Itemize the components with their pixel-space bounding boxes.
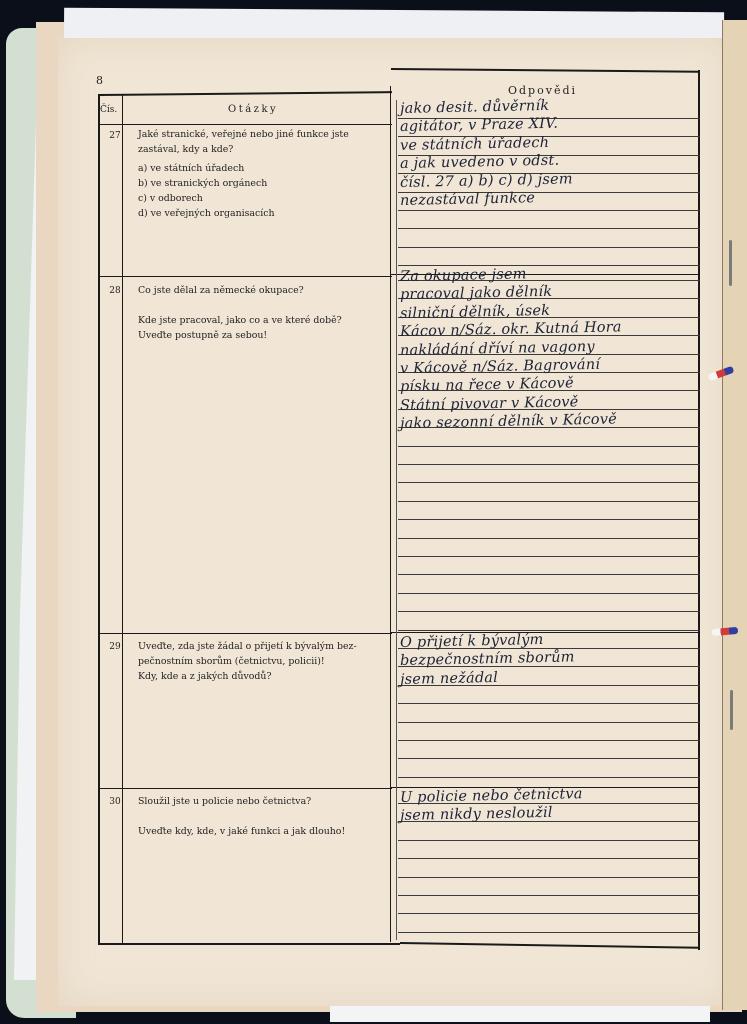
question-text: Sloužil jste u policie nebo četnictva? <box>138 794 393 809</box>
ruled-line <box>398 501 700 502</box>
question-text: pečnostním sborům (četnictvu, policii)! <box>138 654 393 669</box>
question-number: 30 <box>104 797 126 807</box>
ruled-line <box>398 895 700 896</box>
question-29: Uveďte, zda jste žádal o přijetí k býval… <box>138 639 393 684</box>
question-text: Kde jste pracoval, jako co a ve které do… <box>138 313 393 328</box>
ruled-line <box>398 740 700 741</box>
ruled-line <box>398 482 700 483</box>
question-sub-item: a) ve státních úřadech <box>138 161 393 176</box>
question-text: Co jste dělal za německé okupace? <box>138 283 393 298</box>
question-27: Jaké stranické, veřejné nebo jiné funkce… <box>138 127 393 221</box>
answer-29: O přijetí k bývalým bezpečnostním sborům… <box>400 634 698 689</box>
ruled-line <box>398 758 700 759</box>
ruled-line <box>398 538 700 539</box>
staple-icon <box>730 690 733 730</box>
answers-column-header: Odpovědi <box>508 84 577 97</box>
question-30: Sloužil jste u policie nebo četnictva? U… <box>138 794 393 839</box>
question-number: 28 <box>104 286 126 296</box>
ruled-line <box>398 858 700 859</box>
ruled-line <box>398 932 700 933</box>
answer-28: Za okupace jsem pracoval jako dělník sil… <box>400 268 698 434</box>
ruled-line <box>398 228 700 229</box>
binding-spine <box>722 20 747 1010</box>
questions-column-header: Otázky <box>228 104 278 115</box>
question-text: Uveďte, zda jste žádal o přijetí k býval… <box>138 639 393 654</box>
ruled-line <box>398 556 700 557</box>
question-sub-item: b) ve stranických orgánech <box>138 176 393 191</box>
staple-icon <box>729 240 732 286</box>
ruled-line <box>398 777 700 778</box>
ruled-line <box>398 593 700 594</box>
ruled-line <box>398 446 700 447</box>
ruled-line <box>398 840 700 841</box>
question-text: Jaké stranické, veřejné nebo jiné funkce… <box>138 127 393 142</box>
ruled-line <box>398 877 700 878</box>
ruled-line <box>398 247 700 248</box>
question-sub-item: c) v odborech <box>138 191 393 206</box>
question-text: Uveďte postupně za sebou! <box>138 328 393 343</box>
ruled-line <box>398 611 700 612</box>
question-text: Kdy, kde a z jakých důvodů? <box>138 669 393 684</box>
question-number: 27 <box>104 131 126 141</box>
number-column-header: Čís. <box>100 105 117 115</box>
question-28: Co jste dělal za německé okupace? Kde js… <box>138 283 393 343</box>
question-sub-item: d) ve veřejných organisacích <box>138 206 393 221</box>
answer-30: U policie nebo četnictva jsem nikdy nesl… <box>400 789 698 826</box>
ruled-line <box>398 722 700 723</box>
page-number: 8 <box>96 74 103 87</box>
ruled-line <box>398 703 700 704</box>
ruled-line <box>398 464 700 465</box>
question-number: 29 <box>104 642 126 652</box>
ruled-line <box>398 913 700 914</box>
answer-27: jako desit. důvěrník agitátor, v Praze X… <box>400 100 698 210</box>
question-text: zastával, kdy a kde? <box>138 142 393 157</box>
ruled-line <box>398 574 700 575</box>
ruled-line <box>398 519 700 520</box>
question-text: Uveďte kdy, kde, v jaké funkci a jak dlo… <box>138 824 393 839</box>
